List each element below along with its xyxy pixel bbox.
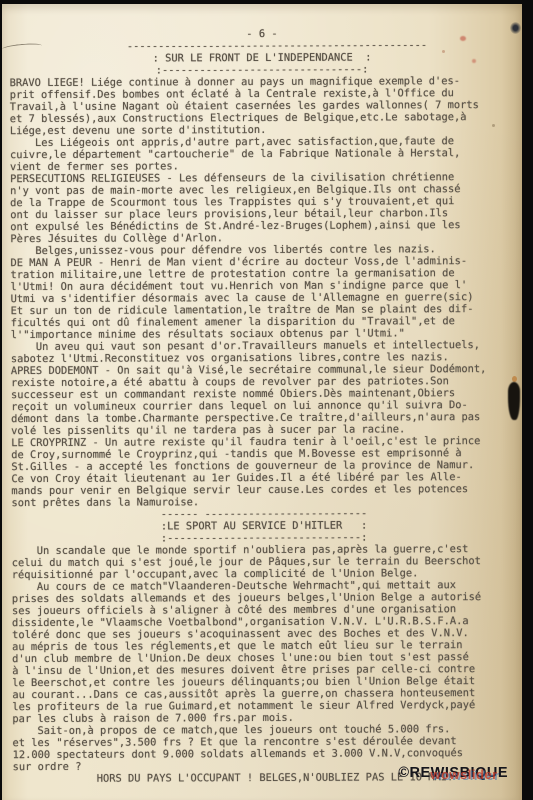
text-line: mands pour venir en Belgique servir leur…	[11, 483, 516, 497]
text-line: ont expulsé les Bénédictins de St.André-…	[10, 219, 515, 233]
page-content: - 6 - ----------------------------------…	[0, 3, 523, 785]
text-line: les profiteurs de la rue Guimard,et nota…	[12, 699, 517, 713]
watermark-overlay-text: wowslider	[430, 767, 497, 782]
scanned-document: - 6 - ----------------------------------…	[0, 0, 533, 800]
text-line: et 7 blessés),aux Constructions Electriq…	[10, 111, 515, 125]
text-line: démont dans la tombe.Charmante perspecti…	[11, 411, 516, 425]
section-header-independance: - 6 - ----------------------------------…	[9, 27, 514, 77]
section-body-sport: Un scandale que le monde sportif n'oubli…	[12, 543, 518, 773]
text-line: 12.000 spectateurs dont 9.000 soldats al…	[13, 747, 518, 761]
copyright-watermark: ©REWISBIQUE wowslider	[398, 764, 508, 784]
section-body-independance: BRAVO LIEGE! Liége continue à donner au …	[10, 75, 517, 509]
text-line: cuivre,le département "cartoucherie" de …	[10, 147, 515, 161]
newspaper-page: - 6 - ----------------------------------…	[2, 4, 522, 800]
text-line: celui du match qui s'est joué,le jour de…	[12, 555, 517, 569]
section-header-sport: ------ -------------------------- :LE SP…	[11, 507, 516, 545]
scan-edge	[0, 0, 533, 4]
text-line: ficultés qui ont dû finalement amener la…	[11, 315, 516, 329]
